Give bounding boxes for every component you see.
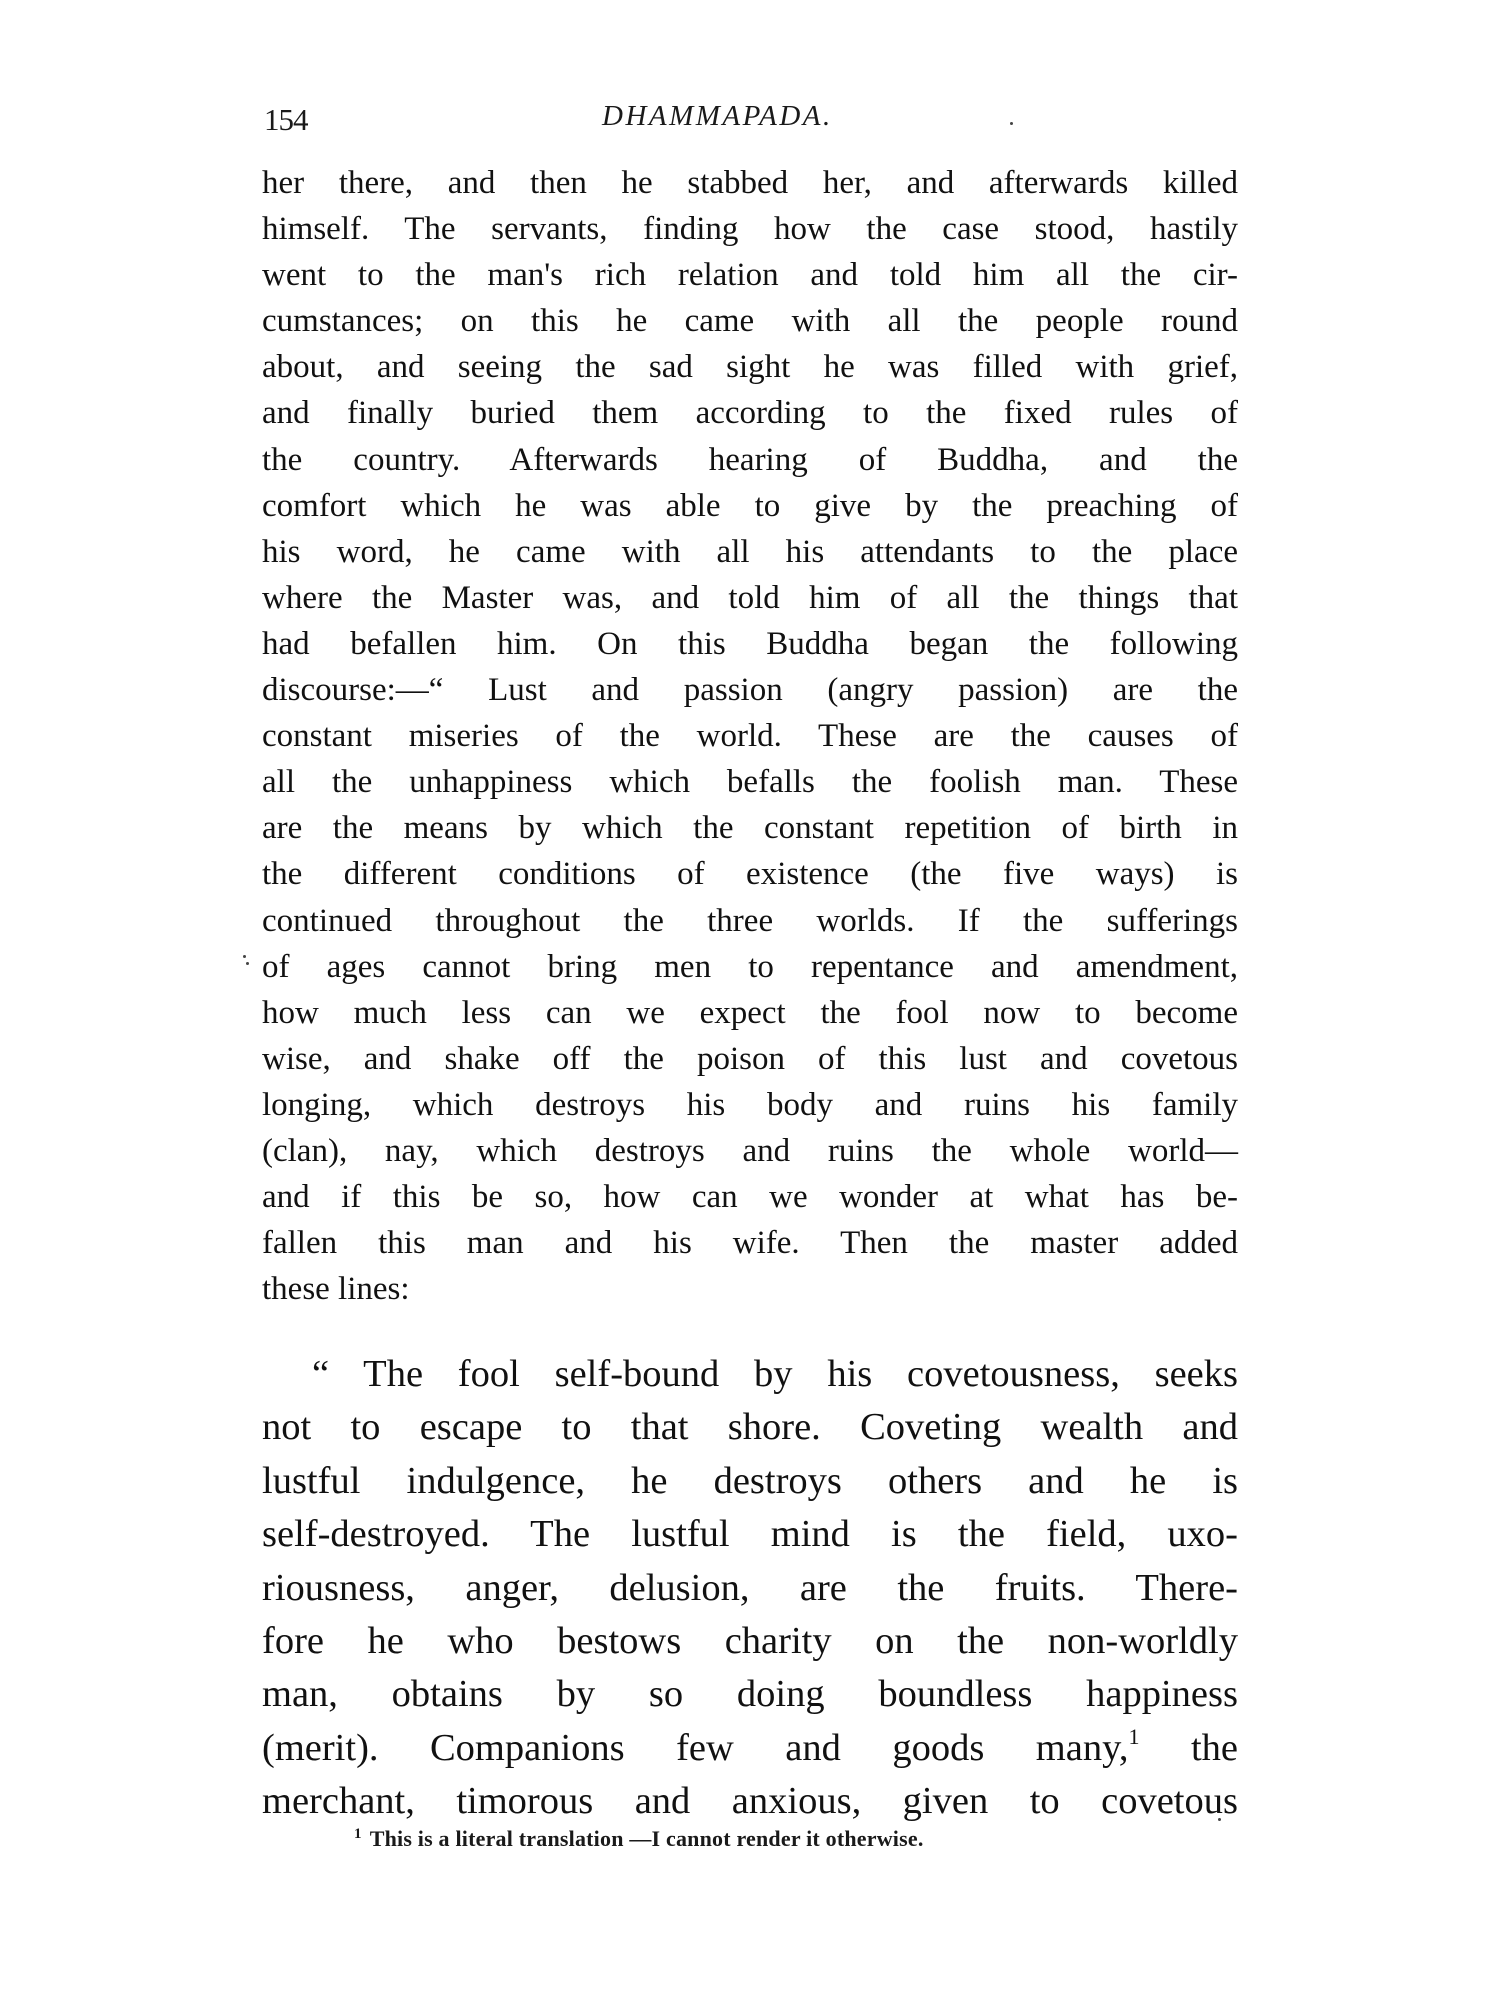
text-line: went to the man's rich relation and told… [262,252,1238,298]
book-page: 154 DHAMMAPADA. her there, and then he s… [0,0,1500,2000]
verse-line: riousness, anger, delusion, are the frui… [262,1562,1238,1615]
text-line: discourse:—“ Lust and passion (angry pas… [262,667,1238,713]
text-line: and if this be so, how can we wonder at … [262,1174,1238,1220]
verse-line: man, obtains by so doing boundless happi… [262,1668,1238,1721]
stray-mark [246,962,249,965]
footnote: 1This is a literal translation —I cannot… [354,1826,1154,1852]
text-line: and finally buried them according to the… [262,390,1238,436]
footnote-reference[interactable]: 1 [1128,1724,1139,1749]
text-line: of ages cannot bring men to repentance a… [262,944,1238,990]
text-line: comfort which he was able to give by the… [262,483,1238,529]
text-line: fallen this man and his wife. Then the m… [262,1220,1238,1266]
page-number: 154 [264,102,308,138]
footnote-marker: 1 [354,1826,362,1842]
body-paragraph: her there, and then he stabbed her, and … [262,160,1238,1312]
text-line: the different conditions of existence (t… [262,851,1238,897]
stray-mark [243,955,246,958]
verse-paragraph: “ The fool self-bound by his covetousnes… [262,1348,1238,1829]
text-line: his word, he came with all his attendant… [262,529,1238,575]
verse-line: merchant, timorous and anxious, given to… [262,1775,1238,1828]
verse-line: lustful indulgence, he destroys others a… [262,1455,1238,1508]
stray-mark [1010,122,1013,125]
running-title: DHAMMAPADA. [602,100,833,133]
verse-line: self-destroyed. The lustful mind is the … [262,1508,1238,1561]
text-line: longing, which destroys his body and rui… [262,1082,1238,1128]
verse-line: not to escape to that shore. Coveting we… [262,1401,1238,1454]
text-line: the country. Afterwards hearing of Buddh… [262,437,1238,483]
text-line: continued throughout the three worlds. I… [262,898,1238,944]
text-line: constant miseries of the world. These ar… [262,713,1238,759]
text-line: himself. The servants, finding how the c… [262,206,1238,252]
verse-line: fore he who bestows charity on the non-w… [262,1615,1238,1668]
text-line: (clan), nay, which destroys and ruins th… [262,1128,1238,1174]
text-line: how much less can we expect the fool now… [262,990,1238,1036]
verse-line-text: (merit). Companions few and goods many, [262,1727,1128,1769]
verse-line: (merit). Companions few and goods many,1… [262,1722,1238,1775]
verse-line: “ The fool self-bound by his covetousnes… [262,1348,1238,1401]
running-head: 154 DHAMMAPADA. [262,96,1238,140]
text-line: had befallen him. On this Buddha began t… [262,621,1238,667]
text-line: all the unhappiness which befalls the fo… [262,759,1238,805]
text-line: cumstances; on this he came with all the… [262,298,1238,344]
text-line: are the means by which the constant repe… [262,805,1238,851]
footnote-text: This is a literal translation —I cannot … [370,1826,924,1851]
verse-line-tail: the [1139,1727,1238,1769]
text-line: these lines: [262,1266,1238,1312]
text-line: wise, and shake off the poison of this l… [262,1036,1238,1082]
text-line: her there, and then he stabbed her, and … [262,160,1238,206]
text-line: about, and seeing the sad sight he was f… [262,344,1238,390]
text-line: where the Master was, and told him of al… [262,575,1238,621]
